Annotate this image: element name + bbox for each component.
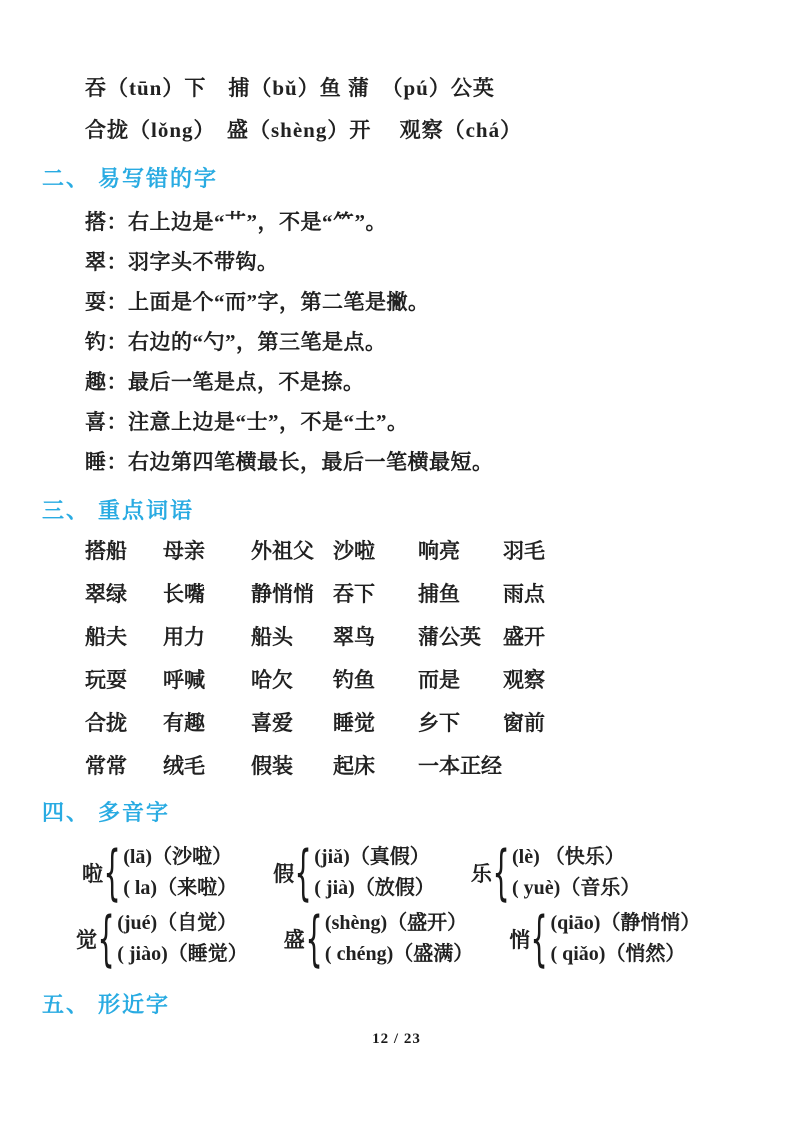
polyphonic-group: 盛 { (shèng)（盛开） ( chéng)（盛满）: [284, 908, 474, 970]
polyphonic-group: 假 { (jiǎ)（真假） ( jià)（放假）: [273, 842, 435, 904]
pinyin: ( yuè): [512, 877, 560, 899]
pinyin-line: 合拢（lǒng） 盛（shèng）开 观察（chá）: [85, 116, 757, 144]
word-row: 合拢 有趣 喜爱 睡觉 乡下 窗前: [85, 712, 757, 734]
stroke-note: 搭：右上边是“艹”，不是“⺮”。: [85, 208, 757, 236]
word-item: 响亮: [418, 540, 503, 562]
stroke-note: 翠：羽字头不带钩。: [85, 248, 757, 276]
word-item: 哈欠: [251, 669, 333, 691]
polyphonic-group: 悄 { (qiāo)（静悄悄） ( qiǎo)（悄然）: [509, 908, 700, 970]
example-word: （沙啦）: [152, 846, 232, 868]
example-word: （快乐）: [540, 846, 625, 868]
polyphonic-character: 悄: [509, 924, 530, 954]
brace-glyph: {: [305, 909, 322, 969]
word-row: 常常 绒毛 假装 起床 一本正经: [85, 755, 757, 777]
polyphonic-character: 乐: [471, 858, 492, 888]
word-item: 用力: [163, 626, 251, 648]
section-heading-polyphonic: 四、多音字: [42, 798, 757, 828]
word-item: 捕鱼: [418, 583, 503, 605]
polyphonic-group: 觉 { (jué)（自觉） ( jiào)（睡觉）: [76, 908, 248, 970]
word-item: 常常: [85, 755, 163, 777]
pinyin: (jiǎ): [314, 846, 350, 868]
word-row: 船夫 用力 船头 翠鸟 蒲公英 盛开: [85, 626, 757, 648]
word-item: 母亲: [163, 540, 251, 562]
word-item: 钓鱼: [333, 669, 418, 691]
brace-glyph: {: [531, 909, 548, 969]
pronunciation-line: (jué)（自觉）: [117, 908, 248, 939]
stroke-note: 喜：注意上边是“士”，不是“土”。: [85, 408, 757, 436]
word-row: 搭船 母亲 外祖父 沙啦 响亮 羽毛: [85, 540, 757, 562]
word-row: 玩耍 呼喊 哈欠 钓鱼 而是 观察: [85, 669, 757, 691]
pinyin: (qiāo): [550, 912, 600, 934]
section-title: 重点词语: [98, 498, 194, 523]
example-word: （盛满）: [393, 943, 473, 965]
word-item: 玩耍: [85, 669, 163, 691]
pronunciation-line: (lè) （快乐）: [512, 842, 640, 873]
word-item: 长嘴: [163, 583, 251, 605]
stroke-note: 耍：上面是个“而”字，第二笔是撇。: [85, 288, 757, 316]
pinyin: ( chéng): [325, 943, 393, 965]
key-words-table: 搭船 母亲 外祖父 沙啦 响亮 羽毛 翠绿 长嘴 静悄悄 吞下 捕鱼 雨点 船夫…: [85, 540, 757, 777]
word-item: 船头: [251, 626, 333, 648]
word-item: 静悄悄: [251, 583, 333, 605]
word-item: 雨点: [503, 583, 757, 605]
word-item: 吞下: [333, 583, 418, 605]
word-item: 假装: [251, 755, 333, 777]
word-item: 一本正经: [418, 755, 503, 777]
pinyin: (shèng): [325, 912, 387, 934]
pinyin: (lè): [512, 846, 540, 868]
example-word: （盛开）: [387, 912, 467, 934]
word-item: 乡下: [418, 712, 503, 734]
example-word: （来啦）: [157, 877, 237, 899]
pronunciation-line: (jiǎ)（真假）: [314, 842, 435, 873]
section-number: 五、: [42, 992, 90, 1017]
brace-glyph: {: [492, 843, 509, 903]
section-title: 易写错的字: [98, 166, 218, 191]
word-item: 合拢: [85, 712, 163, 734]
word-item: 船夫: [85, 626, 163, 648]
example-word: （自觉）: [157, 912, 237, 934]
pronunciation-line: ( la)（来啦）: [123, 873, 237, 904]
word-item: 而是: [418, 669, 503, 691]
word-item: 有趣: [163, 712, 251, 734]
word-item: 搭船: [85, 540, 163, 562]
stroke-note: 睡：右边第四笔横最长，最后一笔横最短。: [85, 448, 757, 476]
word-item: 观察: [503, 669, 757, 691]
pinyin: ( qiǎo): [550, 943, 605, 965]
word-item: 沙啦: [333, 540, 418, 562]
example-word: （音乐）: [560, 877, 640, 899]
section-title: 形近字: [98, 992, 170, 1017]
pinyin: (jué): [117, 912, 157, 934]
polyphonic-character: 啦: [82, 858, 103, 888]
brace-glyph: {: [98, 909, 115, 969]
word-item: 睡觉: [333, 712, 418, 734]
pronunciation-line: (qiāo)（静悄悄）: [550, 908, 700, 939]
word-item: 羽毛: [503, 540, 757, 562]
polyphonic-group: 乐 { (lè) （快乐） ( yuè)（音乐）: [471, 842, 641, 904]
polyphonic-character: 觉: [76, 924, 97, 954]
pronunciation-line: (lā)（沙啦）: [123, 842, 237, 873]
word-item: 起床: [333, 755, 418, 777]
brace-glyph: {: [295, 843, 312, 903]
word-item: 翠鸟: [333, 626, 418, 648]
example-word: （真假）: [350, 846, 430, 868]
example-word: （静悄悄）: [600, 912, 700, 934]
word-item: 窗前: [503, 712, 757, 734]
section-heading-easily-miswritten: 二、易写错的字: [42, 164, 757, 194]
section-number: 四、: [42, 800, 90, 825]
pronunciation-line: ( qiǎo)（悄然）: [550, 939, 700, 970]
example-word: （睡觉）: [168, 943, 248, 965]
word-item: 喜爱: [251, 712, 333, 734]
pronunciation-line: ( chéng)（盛满）: [325, 939, 473, 970]
pinyin-word-list: 吞（tūn）下 捕（bǔ）鱼 蒲 （pú）公英 合拢（lǒng） 盛（shèng…: [85, 74, 757, 144]
word-item: 翠绿: [85, 583, 163, 605]
pronunciation-line: ( jiào)（睡觉）: [117, 939, 248, 970]
word-row: 翠绿 长嘴 静悄悄 吞下 捕鱼 雨点: [85, 583, 757, 605]
section-number: 二、: [42, 166, 90, 191]
pinyin: ( la): [123, 877, 157, 899]
polyphonic-character: 盛: [284, 924, 305, 954]
pinyin: (lā): [123, 846, 152, 868]
document-page: 吞（tūn）下 捕（bǔ）鱼 蒲 （pú）公英 合拢（lǒng） 盛（shèng…: [0, 0, 793, 1122]
pinyin-line: 吞（tūn）下 捕（bǔ）鱼 蒲 （pú）公英: [85, 74, 757, 102]
word-item: 呼喊: [163, 669, 251, 691]
polyphonic-character: 假: [273, 858, 294, 888]
example-word: （悄然）: [605, 943, 685, 965]
pronunciation-line: (shèng)（盛开）: [325, 908, 473, 939]
stroke-note: 趣：最后一笔是点，不是捺。: [85, 368, 757, 396]
pinyin: ( jià): [314, 877, 355, 899]
stroke-notes-list: 搭：右上边是“艹”，不是“⺮”。 翠：羽字头不带钩。 耍：上面是个“而”字，第二…: [85, 208, 757, 476]
pronunciation-line: ( jià)（放假）: [314, 873, 435, 904]
word-item: 绒毛: [163, 755, 251, 777]
section-heading-similar-characters: 五、形近字: [42, 990, 757, 1020]
stroke-note: 钓：右边的“勺”，第三笔是点。: [85, 328, 757, 356]
pinyin: ( jiào): [117, 943, 168, 965]
example-word: （放假）: [355, 877, 435, 899]
polyphonic-row: 觉 { (jué)（自觉） ( jiào)（睡觉） 盛 { (shèng)（盛开…: [76, 908, 757, 970]
section-heading-key-words: 三、重点词语: [42, 496, 757, 526]
brace-glyph: {: [104, 843, 121, 903]
pronunciation-line: ( yuè)（音乐）: [512, 873, 640, 904]
section-title: 多音字: [98, 800, 170, 825]
polyphonic-row: 啦 { (lā)（沙啦） ( la)（来啦） 假 { (jiǎ)（真假） ( j…: [82, 842, 757, 904]
word-item: [503, 755, 757, 777]
polyphonic-group: 啦 { (lā)（沙啦） ( la)（来啦）: [82, 842, 237, 904]
page-number: 12 / 23: [0, 1031, 793, 1048]
word-item: 盛开: [503, 626, 757, 648]
word-item: 外祖父: [251, 540, 333, 562]
section-number: 三、: [42, 498, 90, 523]
word-item: 蒲公英: [418, 626, 503, 648]
page-content: 吞（tūn）下 捕（bǔ）鱼 蒲 （pú）公英 合拢（lǒng） 盛（shèng…: [0, 0, 793, 1020]
